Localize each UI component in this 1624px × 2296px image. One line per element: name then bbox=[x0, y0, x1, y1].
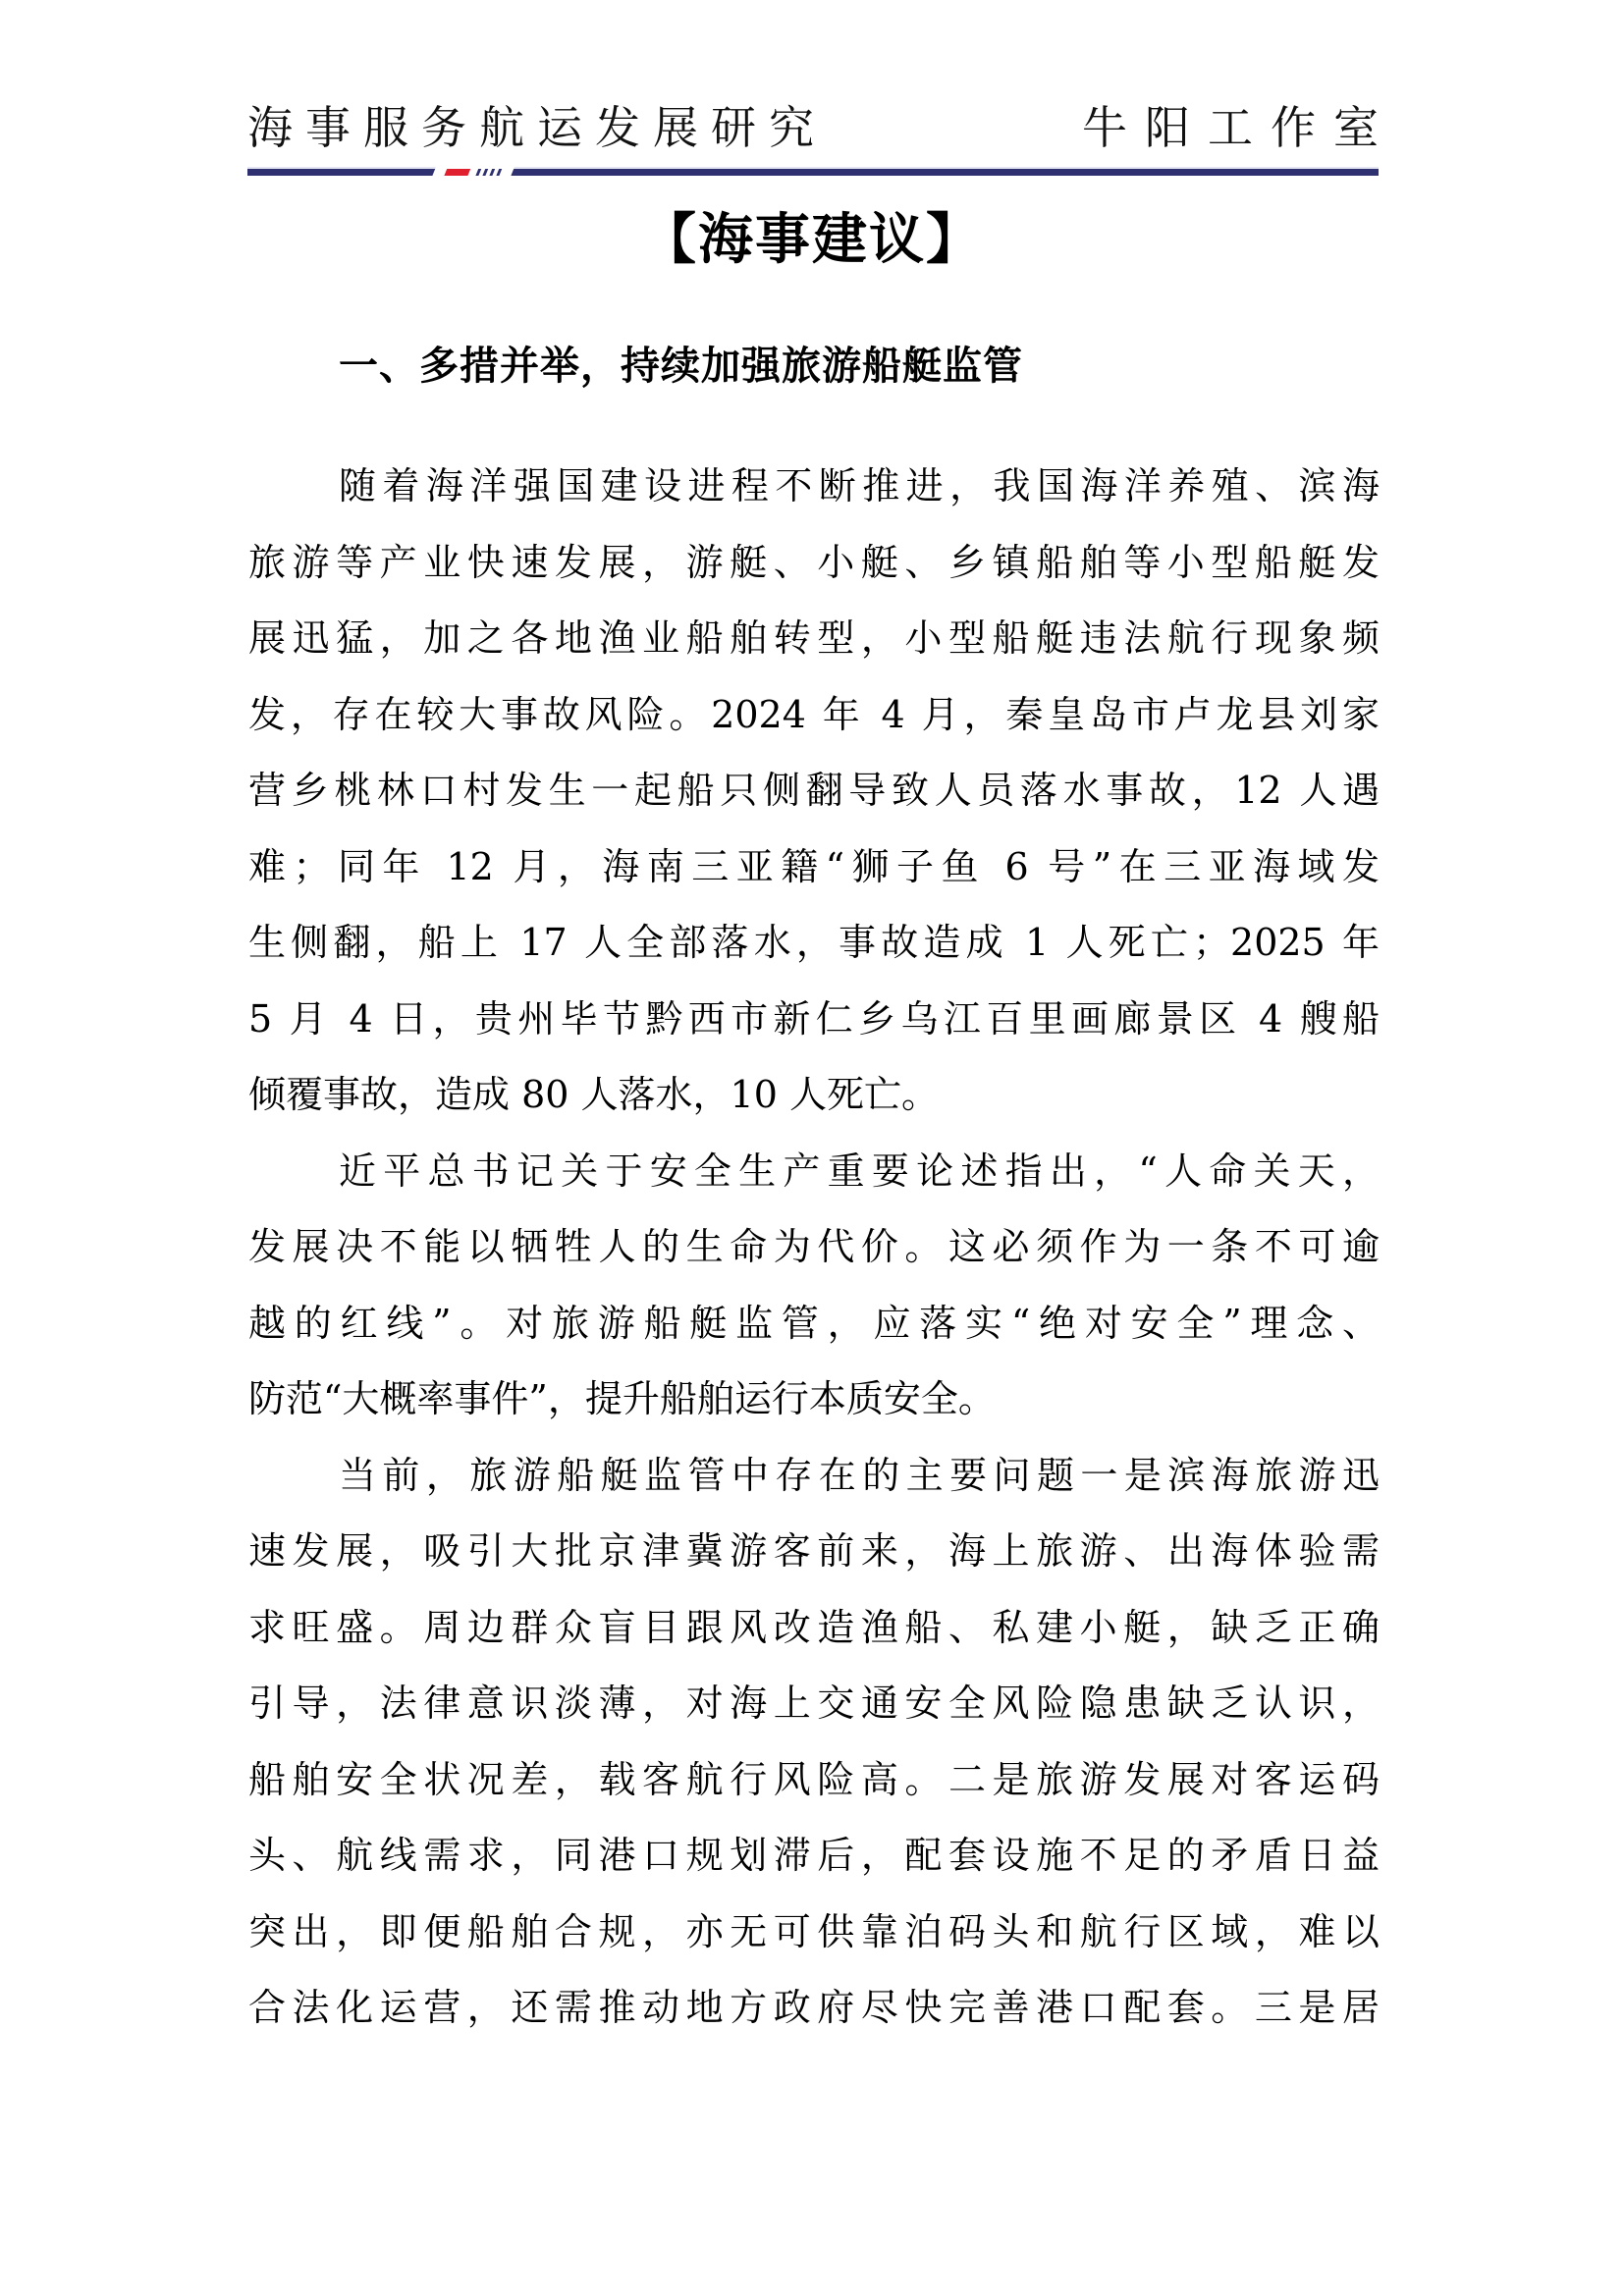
text-line: 展迅猛，加之各地渔业船舶转型，小型船艇违法航行现象频 bbox=[248, 601, 1380, 677]
header-studio-name: 牛阳工作室 bbox=[1082, 98, 1396, 157]
text-line: 当前，旅游船艇监管中存在的主要问题一是滨海旅游迅 bbox=[248, 1438, 1380, 1515]
text-line: 随着海洋强国建设进程不断推进，我国海洋养殖、滨海 bbox=[248, 449, 1380, 525]
paragraph-safety-principle: 近平总书记关于安全生产重要论述指出，“人命关天， 发展决不能以牺牲人的生命为代价… bbox=[248, 1134, 1380, 1438]
text-line: 近平总书记关于安全生产重要论述指出，“人命关天， bbox=[248, 1134, 1380, 1210]
header-rule-navy-stripe bbox=[489, 169, 495, 176]
header-rule-bar bbox=[247, 169, 1379, 176]
text-line: 营乡桃林口村发生一起船只侧翻导致人员落水事故，12 人遇 bbox=[248, 753, 1380, 829]
header-rule-navy-stripe bbox=[482, 169, 488, 176]
header-rule-red-stripe bbox=[444, 169, 470, 176]
text-line: 船舶安全状况差，载客航行风险高。二是旅游发展对客运码 bbox=[248, 1742, 1380, 1819]
header-rule-accent bbox=[432, 167, 514, 177]
text-line: 合法化运营，还需推动地方政府尽快完善港口配套。三是居 bbox=[248, 1970, 1380, 2047]
document-title: 【海事建议】 bbox=[0, 201, 1624, 280]
text-line: 发，存在较大事故风险。2024 年 4 月，秦皇岛市卢龙县刘家 bbox=[248, 677, 1380, 754]
text-line: 生侧翻，船上 17 人全部落水，事故造成 1 人死亡；2025 年 bbox=[248, 905, 1380, 982]
text-line: 难；同年 12 月，海南三亚籍“狮子鱼 6 号”在三亚海域发 bbox=[248, 829, 1380, 906]
section-heading: 一、多措并举，持续加强旅游船艇监管 bbox=[339, 332, 1023, 400]
header-rule-navy-stripe bbox=[475, 169, 481, 176]
text-line: 旅游等产业快速发展，游艇、小艇、乡镇船舶等小型船艇发 bbox=[248, 525, 1380, 602]
document-body: 随着海洋强国建设进程不断推进，我国海洋养殖、滨海 旅游等产业快速发展，游艇、小艇… bbox=[248, 449, 1380, 2047]
text-line: 突出，即便船舶合规，亦无可供靠泊码头和航行区域，难以 bbox=[248, 1895, 1380, 1971]
header-rule bbox=[247, 167, 1379, 177]
text-line: 发展决不能以牺牲人的生命为代价。这必须作为一条不可逾 bbox=[248, 1209, 1380, 1286]
text-line: 引导，法律意识淡薄，对海上交通安全风险隐患缺乏认识， bbox=[248, 1666, 1380, 1742]
paragraph-accident-cases: 随着海洋强国建设进程不断推进，我国海洋养殖、滨海 旅游等产业快速发展，游艇、小艇… bbox=[248, 449, 1380, 1134]
text-line: 倾覆事故，造成 80 人落水，10 人死亡。 bbox=[248, 1057, 1380, 1134]
paragraph-current-problems: 当前，旅游船艇监管中存在的主要问题一是滨海旅游迅 速发展，吸引大批京津冀游客前来… bbox=[248, 1438, 1380, 2047]
text-line: 求旺盛。周边群众盲目跟风改造渔船、私建小艇，缺乏正确 bbox=[248, 1590, 1380, 1667]
text-line: 5 月 4 日，贵州毕节黔西市新仁乡乌江百里画廊景区 4 艘船 bbox=[248, 982, 1380, 1058]
running-header: 海事服务航运发展研究 牛阳工作室 bbox=[247, 98, 1379, 157]
text-line: 头、航线需求，同港口规划滞后，配套设施不足的矛盾日益 bbox=[248, 1818, 1380, 1895]
text-line: 速发展，吸引大批京津冀游客前来，海上旅游、出海体验需 bbox=[248, 1514, 1380, 1590]
header-rule-navy-stripe bbox=[496, 169, 502, 176]
text-line: 防范“大概率事件”，提升船舶运行本质安全。 bbox=[248, 1362, 1380, 1438]
text-line: 越的红线”。对旅游船艇监管，应落实“绝对安全”理念、 bbox=[248, 1286, 1380, 1362]
header-publication-title: 海事服务航运发展研究 bbox=[247, 98, 827, 157]
